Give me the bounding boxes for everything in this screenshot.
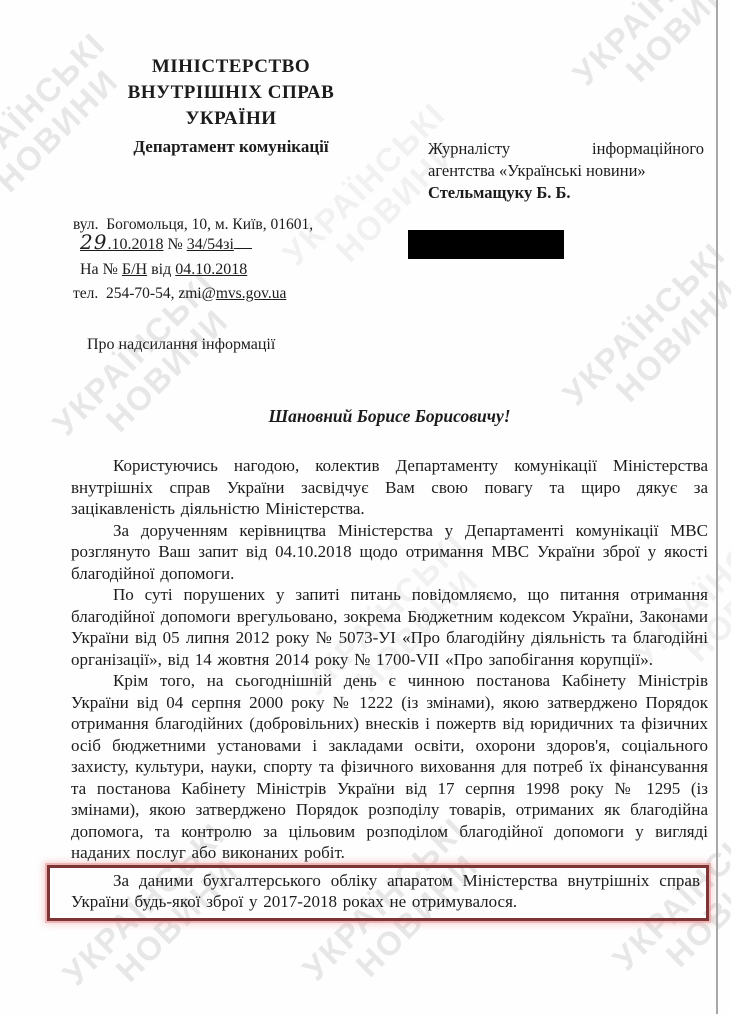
address-block: вул. Богомольця, 10, м. Київ, 01601, тел… — [73, 167, 413, 351]
phone-email-line: тел. 254-70-54, zmi@mvs.gov.ua — [73, 282, 413, 305]
handwritten-day: 29 — [80, 230, 107, 254]
paragraph: По суті порушених у запиті питань повідо… — [71, 584, 708, 670]
recipient-line2: агентства «Українські новини» — [428, 160, 704, 182]
outgoing-date-number: 29.10.2018 № 34/54зі — [80, 230, 252, 254]
recipient-block: Журналісту інформаційного агентства «Укр… — [428, 138, 704, 204]
highlighted-paragraph: За даними бухгалтерського обліку апарато… — [71, 870, 700, 913]
recipient-name: Стельмащуку Б. Б. — [428, 182, 704, 204]
department-name: Департамент комунікації — [72, 137, 390, 157]
scan-edge-line — [716, 0, 718, 1014]
scanned-letter-page: УКРАЇНСЬКІНОВИНИ УКРАЇНСЬКІНОВИНИ УКРАЇН… — [0, 0, 731, 1014]
outgoing-number: 34/54зі — [187, 236, 234, 253]
ministry-name-line1: МІНІСТЕРСТВО — [72, 54, 390, 80]
highlight-box: За даними бухгалтерського обліку апарато… — [47, 865, 709, 921]
ministry-name-line2: ВНУТРІШНІХ СПРАВ — [72, 80, 390, 106]
ministry-name-line3: УКРАЇНИ — [72, 106, 390, 132]
salutation: Шановний Борисе Борисовичу! — [71, 406, 708, 427]
watermark-text: УКРАЇНСЬКІНОВИНИ — [565, 0, 731, 118]
blank-underline — [234, 234, 252, 249]
redaction-box — [408, 230, 564, 259]
paragraph: Крім того, на сьогоднішній день є чинною… — [71, 670, 708, 864]
paragraph: Користуючись нагодою, колектив Департаме… — [71, 455, 708, 520]
recipient-line1: Журналісту інформаційного — [428, 138, 704, 160]
email-domain: mvs.gov.ua — [216, 285, 286, 302]
subject-line: Про надсилання інформації — [87, 336, 275, 354]
reference-line: На № Б/Н від 04.10.2018 — [80, 261, 247, 279]
ministry-name: МІНІСТЕРСТВО ВНУТРІШНІХ СПРАВ УКРАЇНИ — [72, 54, 390, 132]
letter-body: Шановний Борисе Борисовичу! Користуючись… — [71, 406, 708, 921]
paragraph: За дорученням керівництва Міністерства у… — [71, 520, 708, 585]
